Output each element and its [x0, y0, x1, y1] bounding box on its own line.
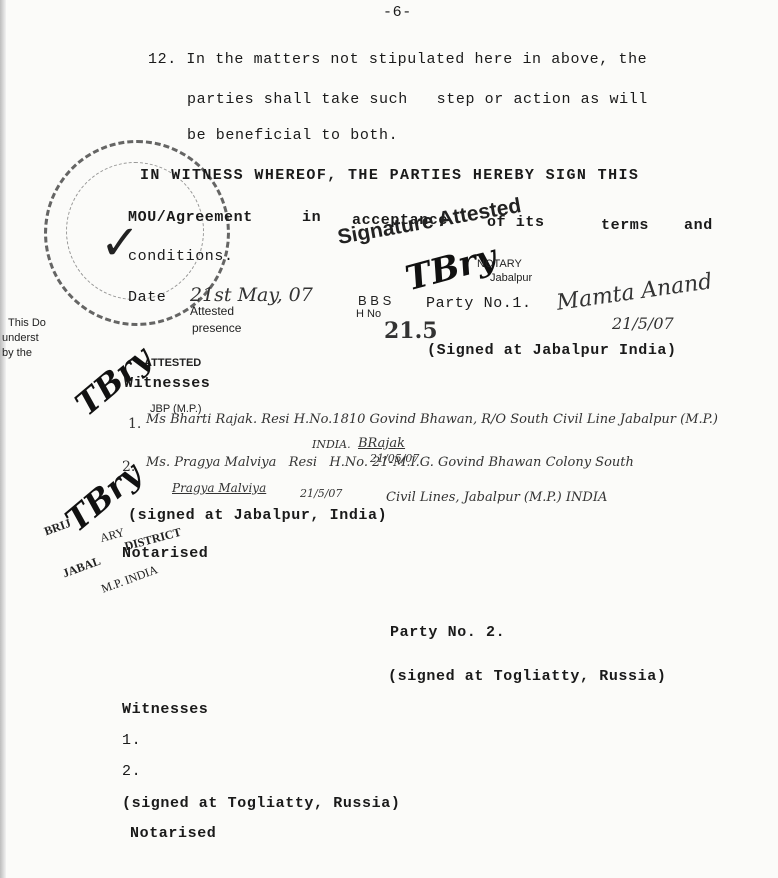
bbs-stamp: B B S: [358, 293, 391, 308]
witness-1-number: 1.: [128, 416, 141, 432]
notary-stamp-city: Jabalpur: [490, 272, 532, 284]
left-stamp-fragment-2: underst: [2, 332, 39, 344]
party-2-witness-2: 2.: [122, 763, 141, 780]
clause-12-line-3: be beneficial to both.: [187, 127, 398, 144]
left-stamp-fragment-3: by the: [2, 347, 32, 359]
party-2-witness-1: 1.: [122, 732, 141, 749]
party-1-signed-at: (Signed at Jabalpur India): [427, 342, 677, 359]
witness-2-details: Ms. Pragya Malviya Resi H.No. 21-M.I.G. …: [146, 455, 634, 470]
party-1-witnesses-label: Witnesses: [124, 375, 210, 392]
scan-edge: [0, 0, 6, 878]
witness-clause-terms: terms: [601, 217, 649, 234]
jabalpur-stamp-2: JABAL: [61, 554, 103, 582]
witness-clause-line-3: conditions.: [128, 248, 234, 265]
party-2-witnesses-signed-at: (signed at Togliatty, Russia): [122, 795, 400, 812]
party-1-label: Party No.1.: [426, 295, 532, 312]
witness-1-details-line-2: INDIA.: [312, 438, 351, 451]
witness-1-details: Ms Bharti Rajak. Resi H.No.1810 Govind B…: [146, 412, 718, 427]
witness-clause-in: in: [302, 209, 321, 226]
witness-1-signature: BRajak: [358, 436, 405, 451]
date-handwritten-value: 21st May, 07: [190, 284, 313, 306]
brij-stamp: BRIJ: [42, 516, 73, 539]
party-1-signature-date: 21/5/07: [612, 314, 674, 333]
witness-clause-line-1: IN WITNESS WHEREOF, THE PARTIES HEREBY S…: [140, 167, 639, 184]
party-2-signed-at: (signed at Togliatty, Russia): [388, 668, 666, 685]
date-stamp-handwritten: 21.5: [384, 318, 438, 344]
hno-stamp: H No: [356, 308, 381, 320]
date-label: Date: [128, 289, 166, 306]
clause-12-line-2: parties shall take such step or action a…: [187, 91, 648, 108]
presence-stamp-fragment: presence: [192, 321, 241, 335]
party-2-label: Party No. 2.: [390, 624, 505, 641]
left-stamp-fragment-1: This Do: [8, 317, 46, 329]
notary-stamp-2: ARY: [98, 525, 126, 546]
notary-stamp-label: NOTARY: [477, 258, 522, 270]
clause-12-line-1: 12. In the matters not stipulated here i…: [148, 51, 647, 68]
mp-india-stamp: M.P. INDIA: [99, 562, 160, 596]
witness-clause-mou: MOU/Agreement: [128, 209, 253, 226]
witness-clause-and: and: [684, 217, 713, 234]
signature-attested-stamp: Signature Attested: [336, 194, 523, 250]
witness-2-signature: Pragya Malviya: [172, 481, 266, 495]
party-1-signature: Mamta Anand: [555, 269, 714, 316]
page-number: -6-: [383, 4, 412, 21]
witness-2-date: 21/5/07: [300, 487, 342, 500]
party-2-witnesses-label: Witnesses: [122, 701, 208, 718]
party-2-notarised: Notarised: [130, 825, 216, 842]
party-1-notarised: Notarised: [122, 545, 208, 562]
witness-2-details-line-2: Civil Lines, Jabalpur (M.P.) INDIA: [386, 490, 607, 505]
attested-stamp-fragment: Attested: [190, 304, 234, 318]
party-1-witnesses-signed-at: (signed at Jabalpur, India): [128, 507, 387, 524]
